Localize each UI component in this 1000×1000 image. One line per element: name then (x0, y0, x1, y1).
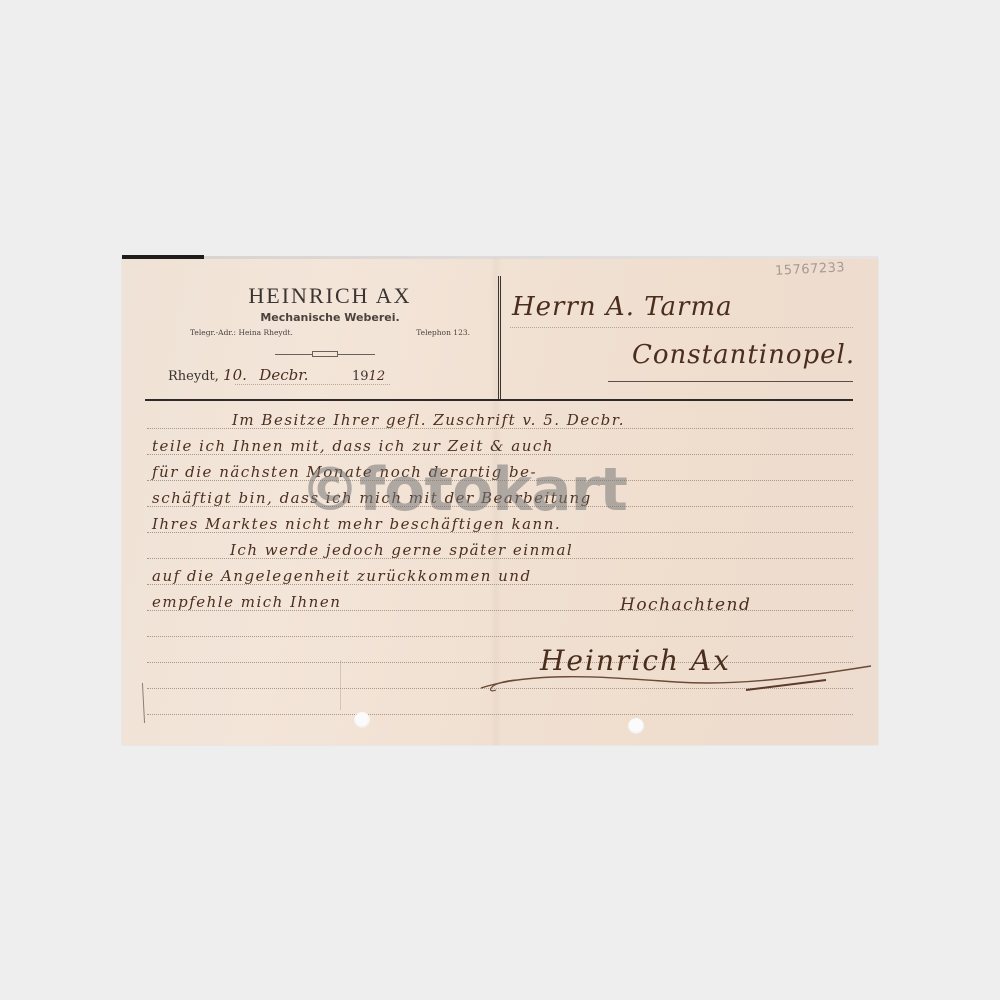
recipient-city: Constantinopel. (632, 340, 855, 370)
paper-top-edge-shadow (122, 255, 204, 259)
recipient-name: Herrn A. Tarma (512, 292, 733, 322)
company-subtitle: Mechanische Weberei. (180, 311, 480, 324)
year-handwritten: 12 (369, 369, 386, 384)
letterhead: HEINRICH AX Mechanische Weberei. Telegr.… (180, 283, 480, 337)
body-line: auf die Angelegenheit zurückkommen und (152, 567, 532, 585)
pencil-ghost-mark (280, 660, 341, 710)
place-label: Rheydt, (168, 369, 219, 384)
body-line: empfehle mich Ihnen (152, 593, 341, 611)
date-day: 10. (223, 366, 247, 384)
closing-salutation: Hochachtend (620, 595, 751, 615)
header-rule (145, 399, 853, 401)
address-underline (608, 381, 853, 382)
body-line: Ich werde jedoch gerne später einmal (230, 541, 573, 559)
date-dotted-line (235, 384, 390, 385)
year-printed: 19 (352, 369, 369, 384)
ruled-line (147, 714, 853, 715)
body-line: Im Besitze Ihrer gefl. Zuschrift v. 5. D… (232, 411, 625, 429)
telegram-address: Telegr.-Adr.: Heina Rheydt. (190, 328, 293, 337)
address-dotted-line (510, 327, 853, 328)
watermark: ©fotokart (300, 460, 627, 520)
body-line: teile ich Ihnen mit, dass ich zur Zeit &… (152, 437, 554, 455)
punch-hole-icon (354, 712, 370, 728)
signature: Heinrich Ax (540, 644, 731, 677)
ruled-line (147, 636, 853, 637)
punch-hole-icon (628, 718, 644, 734)
company-contact: Telegr.-Adr.: Heina Rheydt. Telephon 123… (180, 328, 480, 337)
header-vertical-rule (498, 276, 501, 399)
telephone-number: Telephon 123. (416, 328, 470, 337)
paper-top-edge (204, 256, 878, 259)
date-month: Decbr. (259, 366, 308, 384)
date-year: 1912 (352, 369, 385, 384)
company-name: HEINRICH AX (180, 283, 480, 309)
ornament-divider-icon (275, 351, 375, 357)
place-date: Rheydt, 10. Decbr. (168, 366, 309, 384)
